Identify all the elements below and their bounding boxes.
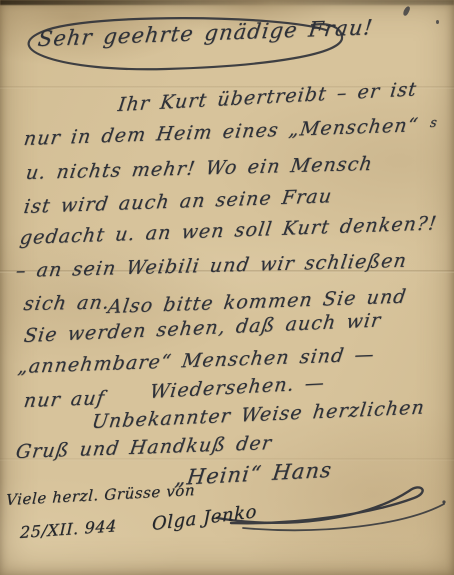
postscript-signature: Olga Jenko <box>152 501 257 535</box>
letter-page: Sehr geehrte gnädige Frau! Ihr Kurt über… <box>0 0 454 575</box>
salutation: Sehr geehrte gnädige Frau! <box>37 15 375 51</box>
footnote-mark: s <box>429 116 439 132</box>
handwritten-line: – an sein Weibili und wir schließen <box>14 250 408 282</box>
ink-speck <box>402 5 411 16</box>
postscript-date: 25/XII. 944 <box>20 516 118 542</box>
ink-speck <box>436 20 439 24</box>
handwritten-line: nur in dem Heim eines „Menschen“ <box>22 114 420 150</box>
handwritten-line: Wiedersehen. — <box>149 372 327 403</box>
handwritten-line: nur auf <box>22 387 106 412</box>
handwritten-line: ist wird auch an seine Frau <box>22 185 333 218</box>
handwritten-line: Gruß und Handkuß der <box>14 432 273 463</box>
handwritten-line: gedacht u. an wen soll Kurt denken?! <box>18 212 438 249</box>
postscript-greeting: Viele herzl. Grüsse von <box>6 481 196 509</box>
handwritten-line: Sie werden sehen, daß auch wir <box>23 309 383 347</box>
scan-edge-shadow <box>0 0 454 5</box>
handwritten-line: u. nichts mehr! Wo ein Mensch <box>24 153 374 184</box>
handwritten-line: Ihr Kurt übertreibt – er ist <box>117 78 419 116</box>
handwritten-line: Unbekannter Weise herzlichen <box>91 396 427 433</box>
signature-line: „Heini“ Hans <box>174 458 334 490</box>
handwritten-line: sich an. <box>22 291 112 315</box>
